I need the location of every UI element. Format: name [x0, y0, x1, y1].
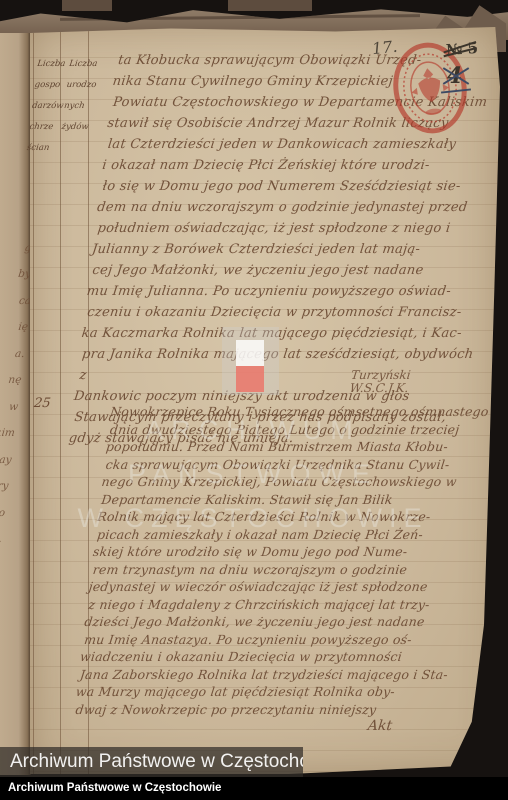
text-fragment: kim	[0, 420, 16, 447]
text-fragment: ry	[0, 473, 10, 500]
crossed-out-old-number: № 5	[445, 39, 478, 59]
signature-line: W.S.C.J.K.	[298, 382, 460, 395]
handwriting-line: dwaj z Nowokrzepic po przeczytaniu ninie…	[75, 701, 475, 719]
handwriting-line: wiadczeniu i okazaniu Dziecięcia w przyt…	[79, 648, 481, 666]
handwriting-line: dem na dniu wczorajszym o godzinie jedyn…	[96, 197, 499, 218]
crossed-out-new-number: 4	[447, 63, 462, 89]
handwriting-line: cej Jego Małżonki, we życzeniu jego jest…	[91, 260, 491, 281]
entry-closing-word: Akt	[299, 718, 461, 734]
handwriting-line: rem trzynastym na dniu wczorajszym o god…	[92, 561, 492, 579]
margin-header-line: urodzo	[65, 75, 94, 96]
margin-header-line: Liczba	[36, 54, 65, 75]
cover-paper-notch	[228, 0, 312, 11]
text-fragment: nę	[0, 367, 23, 394]
archive-scan-page: dy.moem.euny.śćiagoby-caięa.nęwkimayryot…	[0, 0, 508, 800]
archive-footer-bar: Archiwum Państwowe w Częstochowie	[0, 777, 508, 800]
text-fragment: ię	[3, 314, 29, 341]
margin-column-headers: Liczbagospodarzówchrześcian Liczbaurodzo…	[32, 54, 90, 159]
handwriting-line: ło się w Domu jego pod Numerem Sześćdzie…	[101, 176, 501, 197]
text-fragment: o	[0, 500, 7, 527]
archive-flag-watermark-icon	[222, 327, 279, 395]
watermark-line-1: ARCHIWUM PAŃSTWOWE	[30, 408, 476, 496]
margin-header-line: chrze	[28, 117, 57, 138]
margin-header-line: gospo	[33, 75, 62, 96]
text-fragment: a.	[0, 341, 26, 368]
margin-header-line: darzów	[31, 96, 60, 117]
text-fragment: ay	[0, 447, 13, 474]
margin-header-line: ścian	[26, 138, 55, 159]
text-fragment: t.	[0, 526, 3, 553]
margin-header-line: Liczba	[68, 54, 97, 75]
watermark-line-2: W CZĘSTOCHOWIE	[30, 496, 476, 540]
cover-paper-notch	[62, 0, 112, 11]
paper-crease	[60, 14, 420, 21]
handwriting-line: mu Imię Julianna. Po uczynieniu powyższe…	[86, 281, 489, 302]
margin-header-line: nych	[63, 96, 92, 117]
handwriting-line: z niego i Magdaleny z Chrzcińskich mając…	[88, 596, 488, 614]
handwriting-line: wa Murzy mającego lat pięćdziesiąt Rolni…	[75, 683, 477, 701]
archive-caption-overlay: Archiwum Państwowe w Częstochowie	[0, 747, 303, 777]
handwriting-line: Jana Zaborskiego Rolnika lat trzydzieści…	[79, 666, 479, 684]
handwriting-line: lat Czterdzieści jeden w Dankowicach zam…	[107, 134, 507, 155]
handwriting-line: jedynastej w wieczór oświadczając iż jes…	[88, 578, 490, 596]
handwriting-line: dzieści Jego Małżonki, we życzeniu jego …	[83, 613, 485, 631]
text-fragment: w	[0, 394, 20, 421]
handwriting-line: południem oświadczając, iż jest spłodzon…	[96, 218, 496, 239]
handwriting-line: ka Kaczmarka Rolnika lat mającego pięćdz…	[80, 323, 483, 344]
handwriting-line: skiej które urodziło się w Domu jego pod…	[92, 543, 494, 561]
archive-watermark-text: ARCHIWUM PAŃSTWOWE W CZĘSTOCHOWIE	[30, 408, 476, 540]
handwriting-line: mu Imię Anastazya. Po uczynieniu powyższ…	[83, 631, 483, 649]
flag-red-field	[236, 366, 264, 392]
folio-number: 17.	[371, 37, 398, 59]
text-fragment: ca	[7, 288, 33, 315]
registrar-signature: TurzyńskiW.S.C.J.K.	[298, 369, 461, 395]
handwriting-line: czeniu i okazaniu Dziecięcia w przytomno…	[86, 302, 486, 323]
margin-header-line: żydów	[60, 117, 89, 138]
handwriting-line: i okazał nam Dziecię Płci Żeńskiej które…	[101, 155, 504, 176]
flag-white-field	[236, 340, 264, 366]
handwriting-line: Julianny z Borówek Czterdzieści jeden la…	[91, 239, 494, 260]
